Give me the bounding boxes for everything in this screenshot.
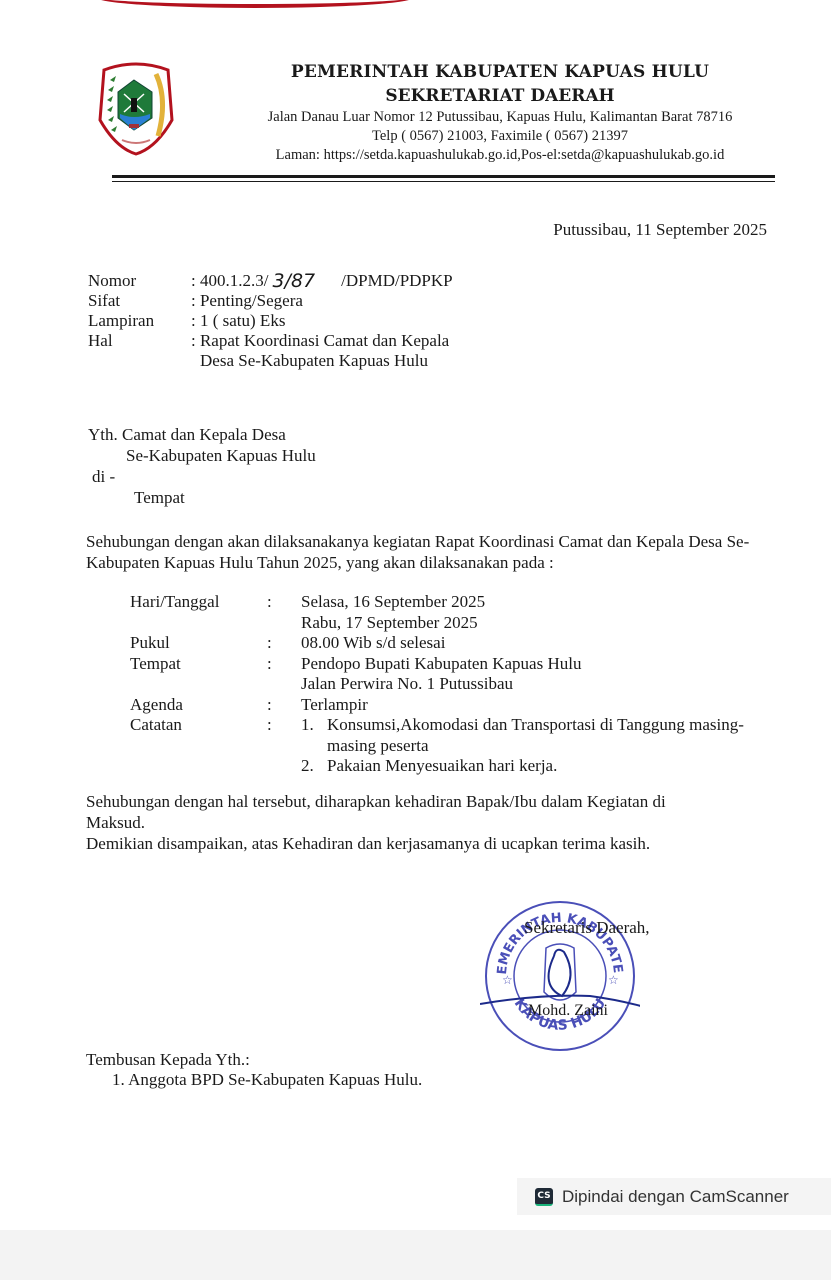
list-number: 2. [301,756,327,777]
colon: : [267,715,301,777]
nomor-suffix: /DPMD/PDPKP [341,271,453,291]
colon: : [267,592,301,613]
detail-catatan: Catatan : 1. Konsumsi,Akomodasi dan Tran… [130,715,763,777]
meta-sifat: Sifat : Penting/Segera [88,291,453,311]
camscanner-icon: CS [535,1188,553,1206]
meta-lampiran: Lampiran : 1 ( satu) Eks [88,311,453,331]
letterhead-government: PEMERINTAH KABUPATEN KAPUAS HULU [200,62,800,82]
list-text: Konsumsi,Akomodasi dan Transportasi di T… [327,715,763,756]
spacer [88,351,191,371]
hal-value-cont: Desa Se-Kabupaten Kapuas Hulu [191,351,428,371]
hal-value: : Rapat Koordinasi Camat dan Kepala [191,331,449,351]
detail-hari: Hari/Tanggal : Selasa, 16 September 2025 [130,592,763,613]
agenda-value: Terlampir [301,695,368,716]
hari-value-1: Selasa, 16 September 2025 [301,592,485,613]
detail-pukul: Pukul : 08.00 Wib s/d selesai [130,633,763,654]
body-intro: Sehubungan dengan akan dilaksanakanya ke… [86,531,776,573]
event-details: Hari/Tanggal : Selasa, 16 September 2025… [130,592,763,777]
letterhead-address: Jalan Danau Luar Nomor 12 Putussibau, Ka… [200,108,800,127]
letterhead-web: Laman: https://setda.kapuashulukab.go.id… [200,146,800,165]
nomor-label: Nomor [88,271,191,291]
hal-label: Hal [88,331,191,351]
letter-meta: Nomor : 400.1.2.3/ 3/87 /DPMD/PDPKP Sifa… [88,271,453,371]
spacer [130,674,267,695]
detail-tempat-2: Jalan Perwira No. 1 Putussibau [130,674,763,695]
tempat-label: Tempat [130,654,267,675]
list-text: Pakaian Menyesuaikan hari kerja. [327,756,763,777]
spacer [267,613,301,634]
letterhead: PEMERINTAH KABUPATEN KAPUAS HULU SEKRETA… [200,62,800,165]
spacer [130,613,267,634]
footer-strip [0,1230,831,1280]
letterhead-rule [112,175,775,178]
nomor-handwritten: 3/87 [272,271,315,291]
hari-value-2: Rabu, 17 September 2025 [301,613,478,634]
addressee-place: Tempat [88,487,316,508]
list-number: 1. [112,1070,125,1089]
spacer [267,674,301,695]
signatory-name: Mohd. Zaini [528,1002,608,1020]
list-text: Anggota BPD Se-Kabupaten Kapuas Hulu. [128,1070,422,1089]
meta-hal: Hal : Rapat Koordinasi Camat dan Kepala [88,331,453,351]
addressee: Yth. Camat dan Kepala Desa Se-Kabupaten … [88,424,316,508]
letter-date: Putussibau, 11 September 2025 [553,220,767,240]
hari-label: Hari/Tanggal [130,592,267,613]
lampiran-label: Lampiran [88,311,191,331]
tembusan-heading: Tembusan Kepada Yth.: [86,1050,422,1070]
letterhead-office: SEKRETARIAT DAERAH [200,86,800,106]
coat-of-arms-icon [96,60,176,156]
meta-hal-cont: Desa Se-Kabupaten Kapuas Hulu [88,351,453,371]
addressee-di: di - [88,466,316,487]
signature-block: PEMERINTAH KABUPATEN KAPUAS HULU ☆ ☆ Sek… [462,892,682,1062]
detail-agenda: Agenda : Terlampir [130,695,763,716]
letterhead-phone: Telp ( 0567) 21003, Faximile ( 0567) 213… [200,127,800,146]
detail-hari-2: Rabu, 17 September 2025 [130,613,763,634]
list-item: 2. Pakaian Menyesuaikan hari kerja. [301,756,763,777]
list-number: 1. [301,715,327,756]
colon: : [267,633,301,654]
letter-page: PEMERINTAH KABUPATEN KAPUAS HULU SEKRETA… [0,0,831,1170]
camscanner-watermark: CS Dipindai dengan CamScanner [517,1178,831,1215]
addressee-line2: Se-Kabupaten Kapuas Hulu [88,445,316,466]
colon: : [267,695,301,716]
closing-para-1: Sehubungan dengan hal tersebut, diharapk… [86,791,726,833]
letterhead-rule-thin [112,181,775,182]
sifat-value: : Penting/Segera [191,291,303,311]
list-item: 1. Konsumsi,Akomodasi dan Transportasi d… [301,715,763,756]
pukul-label: Pukul [130,633,267,654]
svg-text:☆: ☆ [608,973,619,987]
list-item: 1. Anggota BPD Se-Kabupaten Kapuas Hulu. [86,1070,422,1090]
colon: : [267,654,301,675]
tempat-value-2: Jalan Perwira No. 1 Putussibau [301,674,513,695]
closing-para-2: Demikian disampaikan, atas Kehadiran dan… [86,833,746,854]
detail-tempat: Tempat : Pendopo Bupati Kabupaten Kapuas… [130,654,763,675]
catatan-label: Catatan [130,715,267,777]
nomor-prefix: : 400.1.2.3/ [191,271,268,291]
agenda-label: Agenda [130,695,267,716]
signatory-title: Sekretaris Daerah, [524,918,650,938]
catatan-list: 1. Konsumsi,Akomodasi dan Transportasi d… [301,715,763,777]
closing: Sehubungan dengan hal tersebut, diharapk… [86,791,776,854]
camscanner-label: Dipindai dengan CamScanner [562,1187,789,1207]
pukul-value: 08.00 Wib s/d selesai [301,633,445,654]
lampiran-value: : 1 ( satu) Eks [191,311,285,331]
svg-text:☆: ☆ [502,973,513,987]
tembusan: Tembusan Kepada Yth.: 1. Anggota BPD Se-… [86,1050,422,1090]
addressee-line1: Yth. Camat dan Kepala Desa [88,424,316,445]
sifat-label: Sifat [88,291,191,311]
tempat-value-1: Pendopo Bupati Kabupaten Kapuas Hulu [301,654,581,675]
meta-nomor: Nomor : 400.1.2.3/ 3/87 /DPMD/PDPKP [88,271,453,291]
